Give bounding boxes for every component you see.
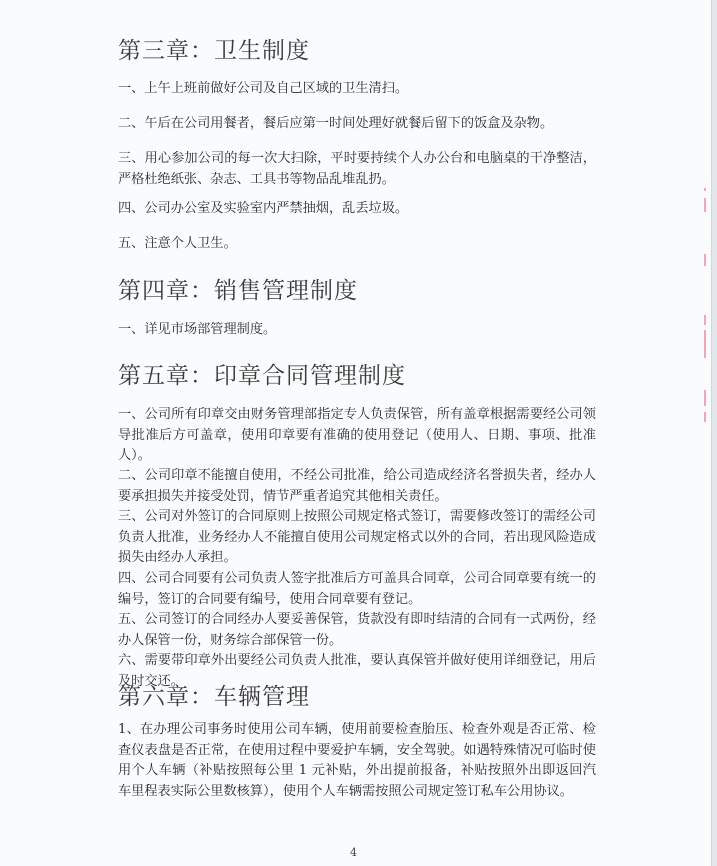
chapter-4-title: 第四章：销售管理制度 <box>118 272 358 305</box>
chapter-5-item-2: 二、公司印章不能擅自使用，不经公司批准，给公司造成经济名誉损失者，经办人要承担损… <box>118 466 596 507</box>
chapter-6-item-1: 1、在办理公司事务时使用公司车辆，使用前要检查胎压、检查外观是否正常、检查仪表盘… <box>118 720 596 802</box>
page-number: 4 <box>350 846 357 859</box>
chapter-5-item-4: 四、公司合同要有公司负责人签字批准后方可盖具合同章，公司合同章要有统一的编号，签… <box>118 569 596 610</box>
document-page: 第三章：卫生制度 一、上午上班前做好公司及自己区域的卫生清扫。 二、午后在公司用… <box>0 0 712 866</box>
chapter-3-item-3: 三、用心参加公司的每一次大扫除，平时要持续个人办公台和电脑桌的干净整洁，严格杜绝… <box>118 149 596 190</box>
chapter-6-title: 第六章：车辆管理 <box>118 678 310 711</box>
seal-edge-mark <box>704 198 706 212</box>
chapter-3-item-5: 五、注意个人卫生。 <box>118 234 596 255</box>
seal-edge-mark <box>704 330 706 358</box>
seal-edge-mark <box>704 412 706 422</box>
chapter-3-title: 第三章：卫生制度 <box>118 32 310 65</box>
chapter-5-item-1: 一、公司所有印章交由财务管理部指定专人负责保管，所有盖章根据需要经公司领导批准后… <box>118 405 596 467</box>
seal-edge-mark <box>704 315 706 325</box>
chapter-5-item-3: 三、公司对外签订的合同原则上按照公司规定格式签订，需要修改签订的需经公司负责人批… <box>118 507 596 569</box>
chapter-5-title: 第五章：印章合同管理制度 <box>118 357 406 390</box>
seal-edge-mark <box>704 254 706 266</box>
page-edge <box>711 0 717 866</box>
chapter-5-item-5: 五、公司签订的合同经办人要妥善保管，货款没有即时结清的合同有一式两份，经办人保管… <box>118 610 596 651</box>
chapter-4-item-1: 一、详见市场部管理制度。 <box>118 320 596 341</box>
seal-edge-mark <box>704 188 706 191</box>
chapter-3-item-4: 四、公司办公室及实验室内严禁抽烟，乱丢垃圾。 <box>118 199 596 220</box>
chapter-3-item-2: 二、午后在公司用餐者，餐后应第一时间处理好就餐后留下的饭盒及杂物。 <box>118 114 596 135</box>
chapter-3-item-1: 一、上午上班前做好公司及自己区域的卫生清扫。 <box>118 79 596 100</box>
seal-edge-mark <box>704 390 706 406</box>
